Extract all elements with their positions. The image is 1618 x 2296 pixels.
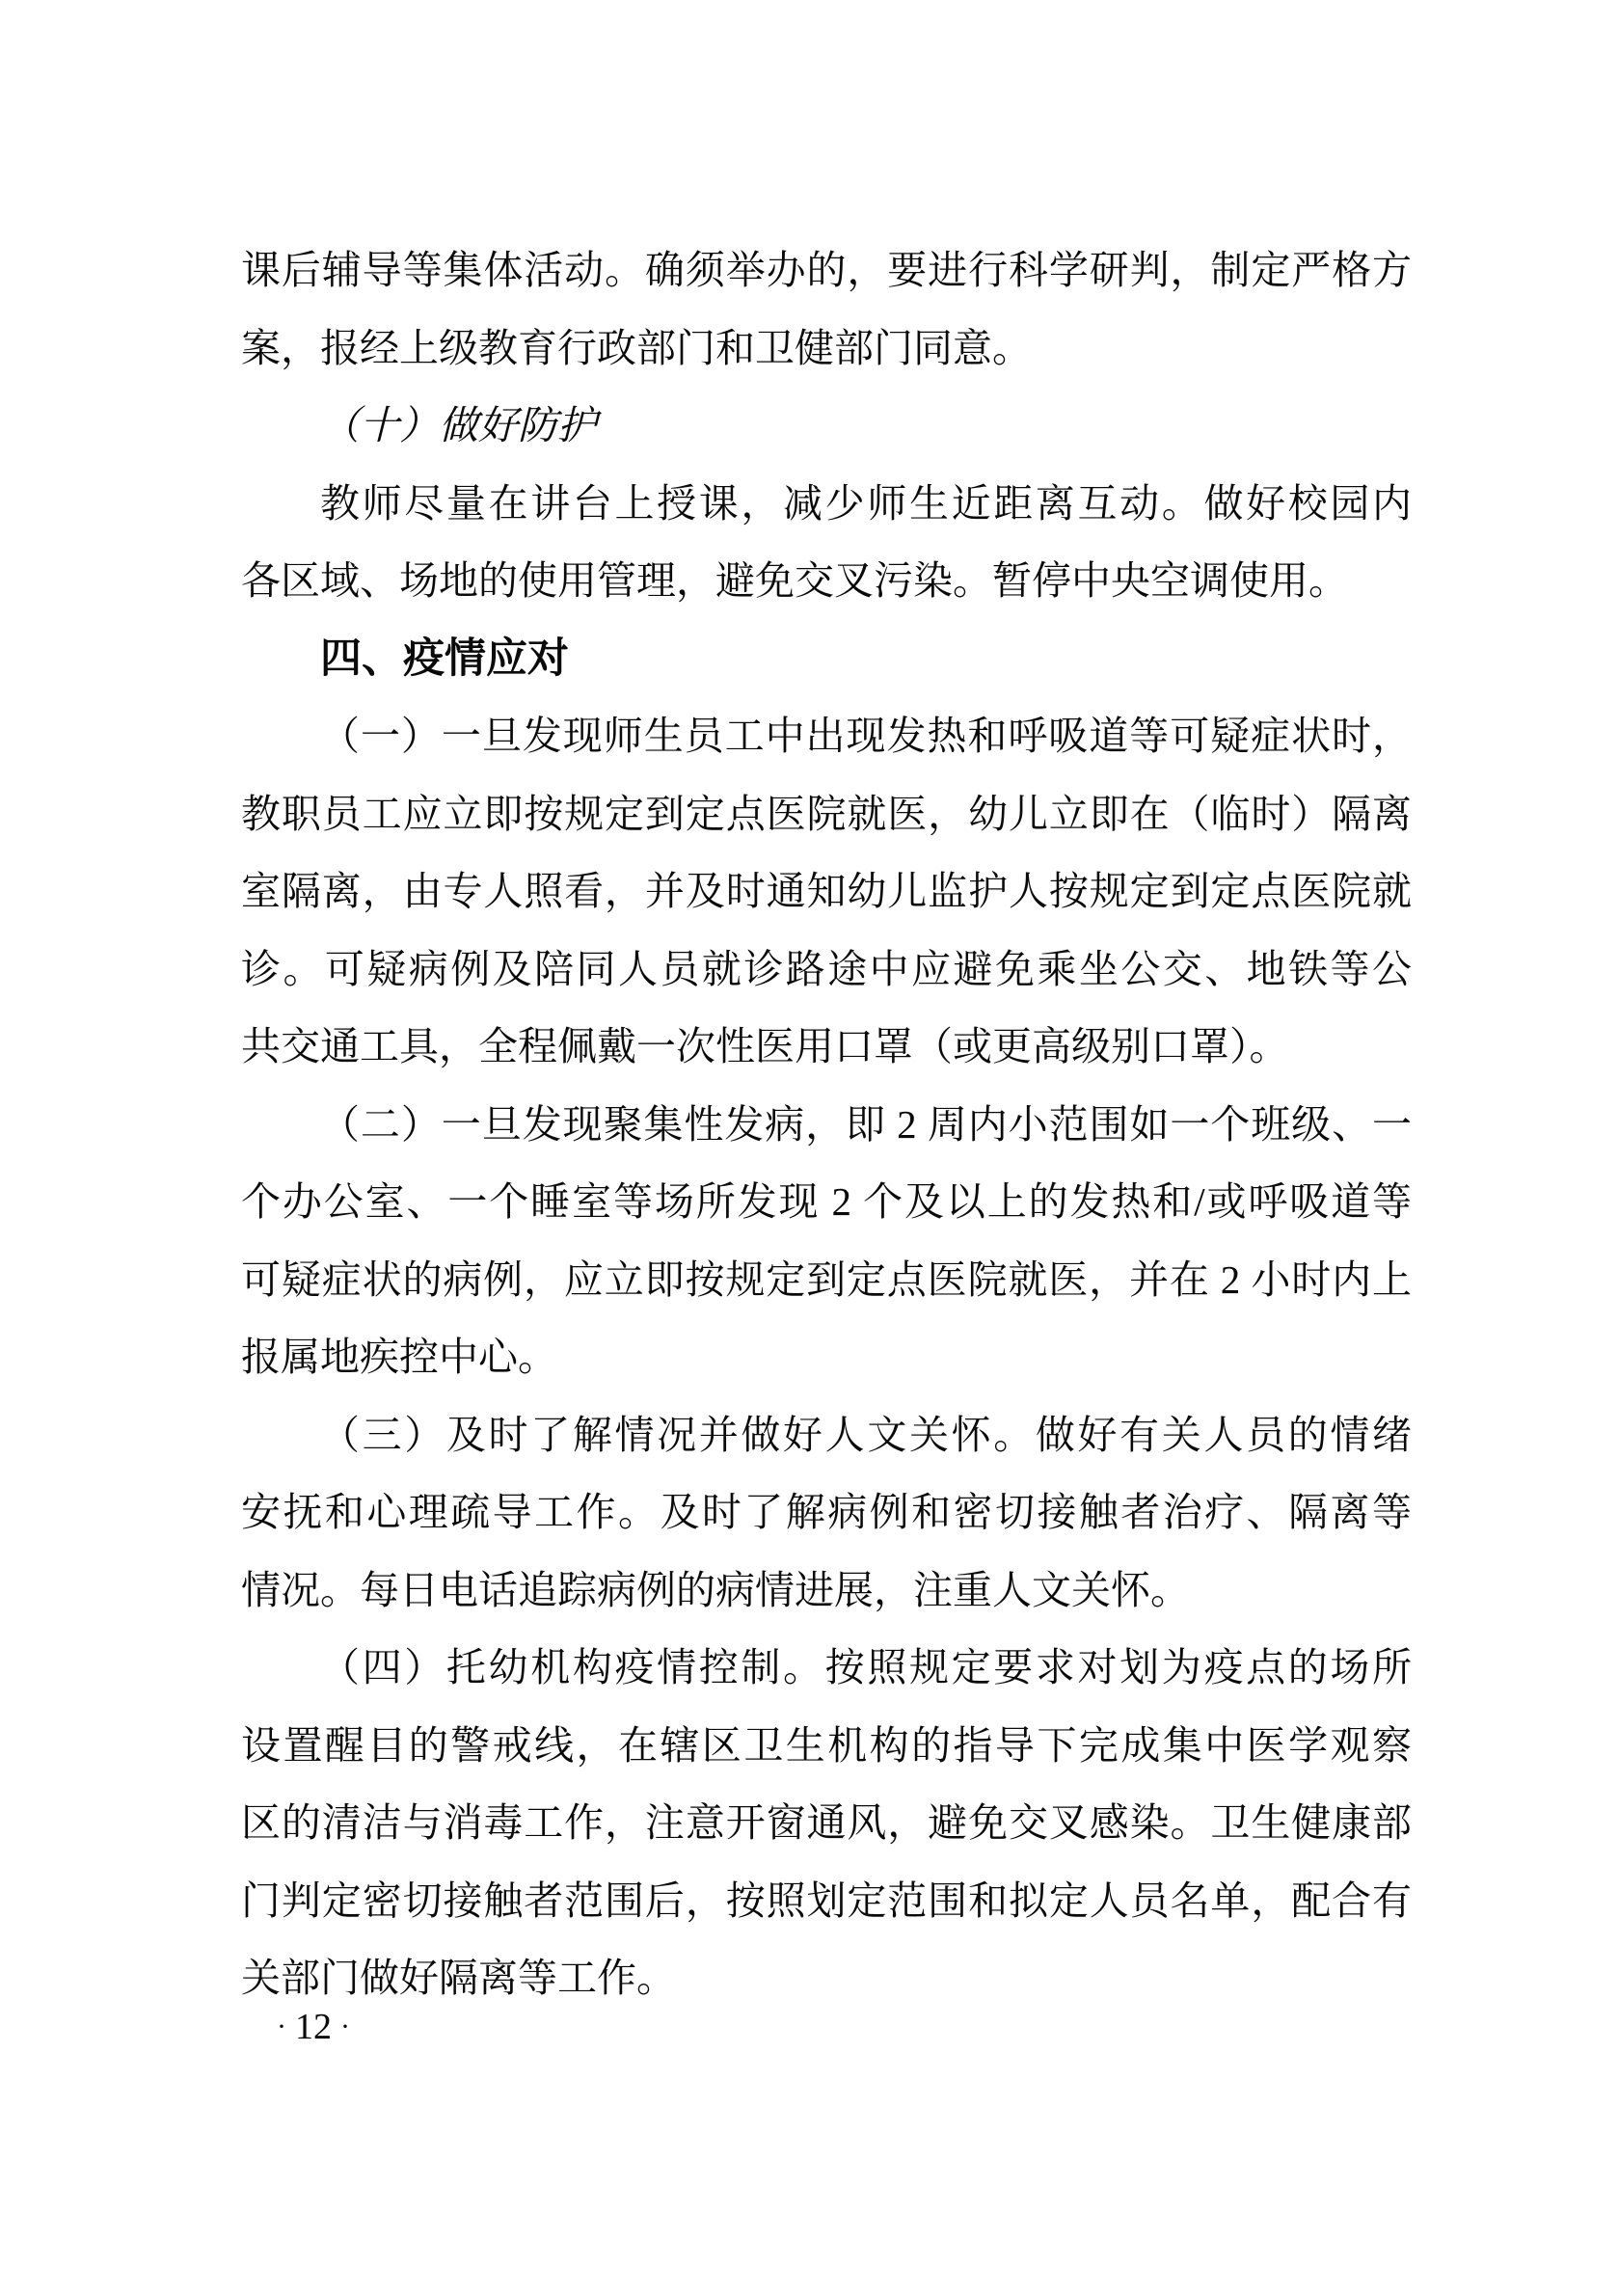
footer-dot-left: · xyxy=(277,2012,286,2041)
body-line: 室隔离，由专人照看，并及时通知幼儿监护人按规定到定点医院就 xyxy=(241,852,1412,931)
body-line: 设置醒目的警戒线，在辖区卫生机构的指导下完成集中医学观察 xyxy=(241,1707,1412,1785)
body-line: 共交通工具，全程佩戴一次性医用口罩（或更高级别口罩）。 xyxy=(241,1008,1412,1086)
section-heading: 四、疫情应对 xyxy=(241,620,1412,698)
paragraph-item-2: （二）一旦发现聚集性发病，即 2 周内小范围如一个班级、一 个办公室、一个睡室等… xyxy=(241,1086,1412,1396)
body-line: 个办公室、一个睡室等场所发现 2 个及以上的发热和/或呼吸道等 xyxy=(241,1163,1412,1241)
page-number: 12 xyxy=(295,2009,332,2045)
body-line: 安抚和心理疏导工作。及时了解病例和密切接触者治疗、隔离等 xyxy=(241,1473,1412,1552)
paragraph-section-heading: 四、疫情应对 xyxy=(241,620,1412,698)
page-footer: · 12 · xyxy=(277,2009,350,2045)
body-line: 诊。可疑病例及陪同人员就诊路途中应避免乘坐公交、地铁等公 xyxy=(241,931,1412,1009)
paragraph-item-1: （一）一旦发现师生员工中出现发热和呼吸道等可疑症状时， 教职员工应立即按规定到定… xyxy=(241,697,1412,1086)
document-body: 课后辅导等集体活动。确须举办的，要进行科学研判，制定严格方 案，报经上级教育行政… xyxy=(241,231,1412,2017)
paragraph-item-4: （四）托幼机构疫情控制。按照规定要求对划为疫点的场所 设置醒目的警戒线，在辖区卫… xyxy=(241,1629,1412,2017)
body-line: 案，报经上级教育行政部门和卫健部门同意。 xyxy=(241,310,1412,388)
subheading-line: （十）做好防护 xyxy=(241,387,1412,465)
body-line: 各区域、场地的使用管理，避免交叉污染。暂停中央空调使用。 xyxy=(241,542,1412,620)
body-line: （四）托幼机构疫情控制。按照规定要求对划为疫点的场所 xyxy=(241,1629,1412,1707)
body-line: 教师尽量在讲台上授课，减少师生近距离互动。做好校园内 xyxy=(241,465,1412,543)
body-line: 可疑症状的病例，应立即按规定到定点医院就医，并在 2 小时内上 xyxy=(241,1241,1412,1319)
paragraph-item-3: （三）及时了解情况并做好人文关怀。做好有关人员的情绪 安抚和心理疏导工作。及时了… xyxy=(241,1396,1412,1630)
body-line: 报属地疾控中心。 xyxy=(241,1318,1412,1396)
body-line: 课后辅导等集体活动。确须举办的，要进行科学研判，制定严格方 xyxy=(241,231,1412,310)
body-line: 情况。每日电话追踪病例的病情进展，注重人文关怀。 xyxy=(241,1552,1412,1630)
body-line: 门判定密切接触者范围后，按照划定范围和拟定人员名单，配合有 xyxy=(241,1862,1412,1940)
paragraph-subheading: （十）做好防护 xyxy=(241,387,1412,465)
body-line: （三）及时了解情况并做好人文关怀。做好有关人员的情绪 xyxy=(241,1396,1412,1474)
body-line: （二）一旦发现聚集性发病，即 2 周内小范围如一个班级、一 xyxy=(241,1086,1412,1164)
paragraph-continued: 课后辅导等集体活动。确须举办的，要进行科学研判，制定严格方 案，报经上级教育行政… xyxy=(241,231,1412,387)
body-line: 区的清洁与消毒工作，注意开窗通风，避免交叉感染。卫生健康部 xyxy=(241,1784,1412,1862)
body-line: （一）一旦发现师生员工中出现发热和呼吸道等可疑症状时， xyxy=(241,697,1412,775)
body-line: 关部门做好隔离等工作。 xyxy=(241,1939,1412,2017)
body-line: 教职员工应立即按规定到定点医院就医，幼儿立即在（临时）隔离 xyxy=(241,775,1412,853)
document-page: 课后辅导等集体活动。确须举办的，要进行科学研判，制定严格方 案，报经上级教育行政… xyxy=(0,0,1618,2296)
paragraph-protection: 教师尽量在讲台上授课，减少师生近距离互动。做好校园内 各区域、场地的使用管理，避… xyxy=(241,465,1412,620)
footer-dot-right: · xyxy=(340,2012,350,2041)
